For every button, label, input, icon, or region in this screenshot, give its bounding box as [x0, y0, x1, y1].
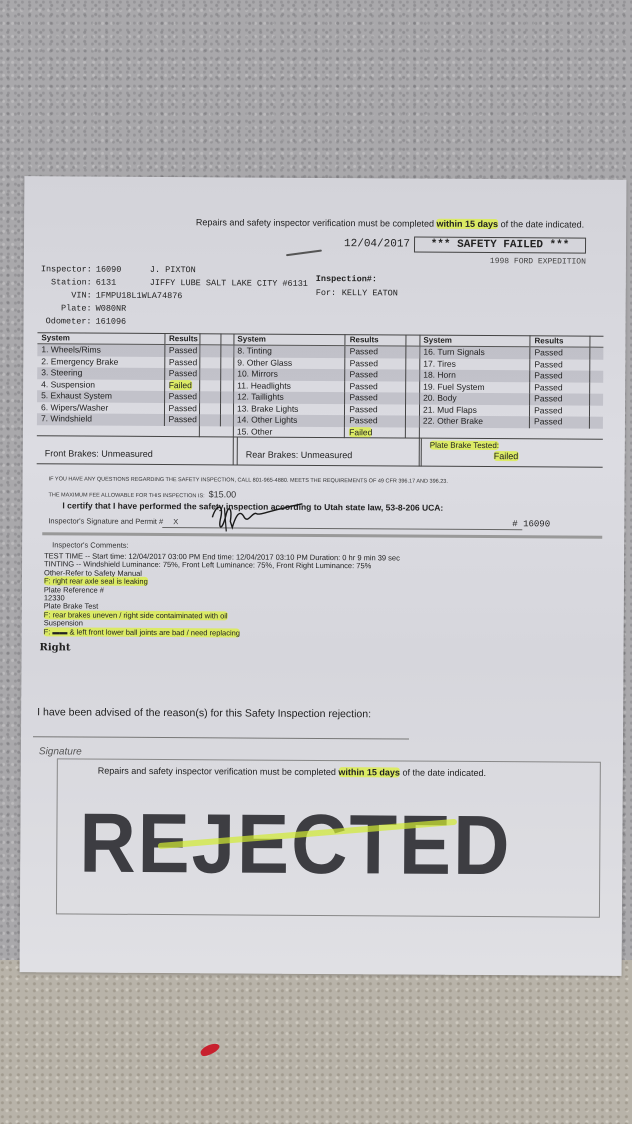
- system-name: 1. Wheels/Rims: [37, 344, 164, 357]
- rejected-stamp-box: Repairs and safety inspector verificatio…: [56, 758, 601, 917]
- blank-cell: [590, 347, 604, 359]
- system-name: 12. Taillights: [233, 391, 345, 403]
- notice-prefix: Repairs and safety inspector verificatio…: [98, 766, 336, 777]
- blank-cell: [405, 393, 419, 405]
- permit-number: # 16090: [512, 519, 550, 529]
- system-header: System: [233, 333, 345, 345]
- system-result: Passed: [164, 357, 220, 369]
- vin-value: 1FMPU18L1WLA74876: [96, 291, 183, 302]
- system-header: System: [419, 335, 530, 347]
- blank-cell: [589, 417, 603, 429]
- handwritten-initials: Right: [40, 642, 71, 653]
- system-name: 10. Mirrors: [233, 368, 345, 380]
- inspection-date: 12/04/2017: [344, 238, 410, 250]
- table-row: 12. TaillightsPassed: [233, 391, 419, 404]
- blank-cell: [406, 346, 420, 358]
- customer-name: KELLY EATON: [342, 288, 398, 298]
- blank-cell: [590, 394, 604, 406]
- system-result: Passed: [164, 368, 220, 380]
- blank-cell: [405, 427, 419, 439]
- system-result: Passed: [164, 414, 220, 426]
- system-result: Passed: [164, 391, 220, 403]
- system-result: Passed: [345, 392, 406, 404]
- system-name: 5. Exhaust System: [37, 390, 164, 402]
- system-name: 14. Other Lights: [233, 414, 345, 426]
- table-row: 3. SteeringPassed: [37, 367, 233, 380]
- inspector-comments: TEST TIME -- Start time: 12/04/2017 03:0…: [44, 552, 400, 638]
- plate-label: Plate:: [24, 303, 92, 313]
- repair-notice-bottom: Repairs and safety inspector verificatio…: [98, 766, 486, 778]
- plate-brake-label: Plate Brake Tested:: [430, 441, 499, 450]
- system-result: Passed: [530, 405, 590, 417]
- status-text: *** SAFETY FAILED ***: [431, 239, 570, 252]
- blank-cell: [590, 359, 604, 371]
- blank-header: [406, 335, 420, 347]
- rejected-stamp: REJECTED: [79, 794, 512, 895]
- blank-cell: [590, 382, 604, 394]
- inspector-name: J. PIXTON: [150, 265, 196, 275]
- system-name: 15. Other: [233, 426, 345, 438]
- systems-table-col1: SystemResults1. Wheels/RimsPassed2. Emer…: [37, 332, 234, 426]
- system-name: 7. Windshield: [37, 413, 164, 425]
- system-result: Failed: [164, 380, 220, 392]
- station-label: Station:: [24, 277, 92, 287]
- inspector-id: 16090: [96, 265, 122, 275]
- blank-cell: [220, 414, 233, 426]
- table-row: 5. Exhaust SystemPassed: [37, 390, 233, 403]
- blank-cell: [220, 380, 233, 392]
- system-result: Passed: [345, 358, 406, 370]
- table-row: 14. Other LightsPassed: [233, 414, 419, 427]
- station-id: 6131: [96, 278, 116, 288]
- system-name: 13. Brake Lights: [233, 403, 345, 415]
- results-header: Results: [164, 333, 220, 345]
- blank-cell: [590, 371, 604, 383]
- system-result: Passed: [345, 381, 406, 393]
- system-result: Passed: [530, 382, 590, 394]
- table-row: 10. MirrorsPassed: [233, 368, 419, 381]
- blank-cell: [220, 403, 233, 415]
- system-name: 19. Fuel System: [419, 381, 530, 393]
- blank-cell: [221, 357, 234, 369]
- system-name: 17. Tires: [419, 358, 530, 370]
- system-name: 3. Steering: [37, 367, 164, 379]
- blank-header: [221, 333, 234, 345]
- blank-cell: [405, 404, 419, 416]
- system-result: Passed: [530, 416, 590, 428]
- plate-brake-result: Failed: [494, 451, 519, 461]
- rear-brakes: Rear Brakes: Unmeasured: [237, 437, 421, 466]
- system-name: 6. Wipers/Washer: [37, 402, 164, 414]
- table-row: 20. BodyPassed: [419, 393, 603, 406]
- system-result: Passed: [164, 345, 220, 357]
- vehicle-description: 1998 FORD EXPEDITION: [490, 257, 586, 267]
- inspector-label: Inspector:: [24, 264, 92, 274]
- pen-mark: [286, 249, 322, 256]
- comment-line: F: ▬▬ & left front lower ball joints are…: [44, 628, 400, 639]
- table-row: 18. HornPassed: [419, 370, 603, 383]
- notice-emphasis: within 15 days: [437, 219, 499, 229]
- notice-suffix: of the date indicated.: [402, 767, 486, 778]
- fee-amount: $15.00: [209, 489, 237, 499]
- section-rule: [42, 532, 602, 538]
- blank-cell: [406, 370, 420, 382]
- table-row: 16. Turn SignalsPassed: [419, 346, 603, 359]
- system-name: 22. Other Brake: [419, 416, 530, 428]
- signature-x: X: [173, 517, 178, 526]
- station-name: JIFFY LUBE SALT LAKE CITY #6131: [150, 278, 308, 289]
- blank-cell: [405, 416, 419, 428]
- system-result: Passed: [530, 347, 590, 359]
- notice-prefix: Repairs and safety inspector verificatio…: [196, 217, 434, 228]
- blank-cell: [590, 405, 604, 417]
- inspector-signature: [202, 499, 312, 534]
- inspection-number-label: Inspection#:: [316, 274, 377, 284]
- system-result: Passed: [530, 370, 590, 382]
- system-name: 4. Suspension: [37, 379, 164, 391]
- notice-emphasis: within 15 days: [338, 767, 400, 777]
- customer-signature-line[interactable]: [33, 736, 409, 739]
- signature-label: Inspector's Signature and Permit #: [48, 516, 163, 526]
- fee-label: THE MAXIMUM FEE ALLOWABLE FOR THIS INSPE…: [48, 492, 204, 499]
- system-result: Passed: [164, 403, 220, 415]
- blank-cell: [220, 391, 233, 403]
- system-result: Passed: [345, 369, 406, 381]
- results-header: Results: [345, 334, 406, 346]
- system-name: 9. Other Glass: [233, 357, 345, 369]
- results-header: Results: [530, 335, 590, 347]
- system-result: Passed: [345, 404, 406, 416]
- signature-caption: Signature: [39, 746, 82, 757]
- disclaimer: IF YOU HAVE ANY QUESTIONS REGARDING THE …: [49, 476, 448, 484]
- fee-line: THE MAXIMUM FEE ALLOWABLE FOR THIS INSPE…: [48, 488, 236, 499]
- system-result: Passed: [345, 346, 406, 358]
- notice-suffix: of the date indicated.: [501, 219, 585, 230]
- repair-notice: Repairs and safety inspector verificatio…: [196, 217, 584, 229]
- system-name: 18. Horn: [419, 370, 530, 382]
- blank-header: [590, 336, 604, 348]
- table-row: 22. Other BrakePassed: [419, 416, 603, 429]
- blank-cell: [406, 381, 420, 393]
- system-name: 21. Mud Flaps: [419, 404, 530, 416]
- system-result: Failed: [345, 427, 406, 439]
- blank-cell: [221, 345, 234, 357]
- system-name: 20. Body: [419, 393, 530, 405]
- system-result: Passed: [530, 359, 590, 371]
- countertop-background: [0, 960, 632, 1124]
- odometer-label: Odometer:: [24, 316, 92, 326]
- comments-label: Inspector's Comments:: [52, 540, 129, 549]
- system-name: 8. Tinting: [233, 345, 345, 358]
- table-row: 8. TintingPassed: [233, 345, 419, 358]
- system-result: Passed: [530, 393, 590, 405]
- blank-cell: [406, 358, 420, 370]
- system-name: 16. Turn Signals: [419, 346, 530, 359]
- front-brakes: Front Brakes: Unmeasured: [37, 436, 237, 465]
- brakes-row: Front Brakes: Unmeasured Rear Brakes: Un…: [37, 436, 603, 467]
- plate-brake-test: Plate Brake Tested: Failed: [421, 439, 603, 468]
- odometer-value: 161096: [96, 317, 127, 327]
- inspection-report: Repairs and safety inspector verificatio…: [20, 176, 627, 976]
- systems-table-col3: SystemResults16. Turn SignalsPassed17. T…: [419, 335, 604, 429]
- for-label: For:: [316, 288, 336, 298]
- advised-statement: I have been advised of the reason(s) for…: [37, 706, 371, 720]
- vin-label: VIN:: [24, 290, 92, 300]
- system-result: Passed: [345, 415, 406, 427]
- system-name: 2. Emergency Brake: [37, 356, 164, 368]
- table-row: 1. Wheels/RimsPassed: [37, 344, 233, 357]
- system-name: 11. Headlights: [233, 380, 345, 392]
- systems-table-col2: SystemResults8. TintingPassed9. Other Gl…: [233, 333, 420, 438]
- status-badge: *** SAFETY FAILED ***: [414, 237, 586, 254]
- table-row: 7. WindshieldPassed: [37, 413, 233, 426]
- blank-cell: [221, 368, 234, 380]
- system-header: System: [37, 332, 164, 344]
- plate-value: W080NR: [96, 304, 127, 314]
